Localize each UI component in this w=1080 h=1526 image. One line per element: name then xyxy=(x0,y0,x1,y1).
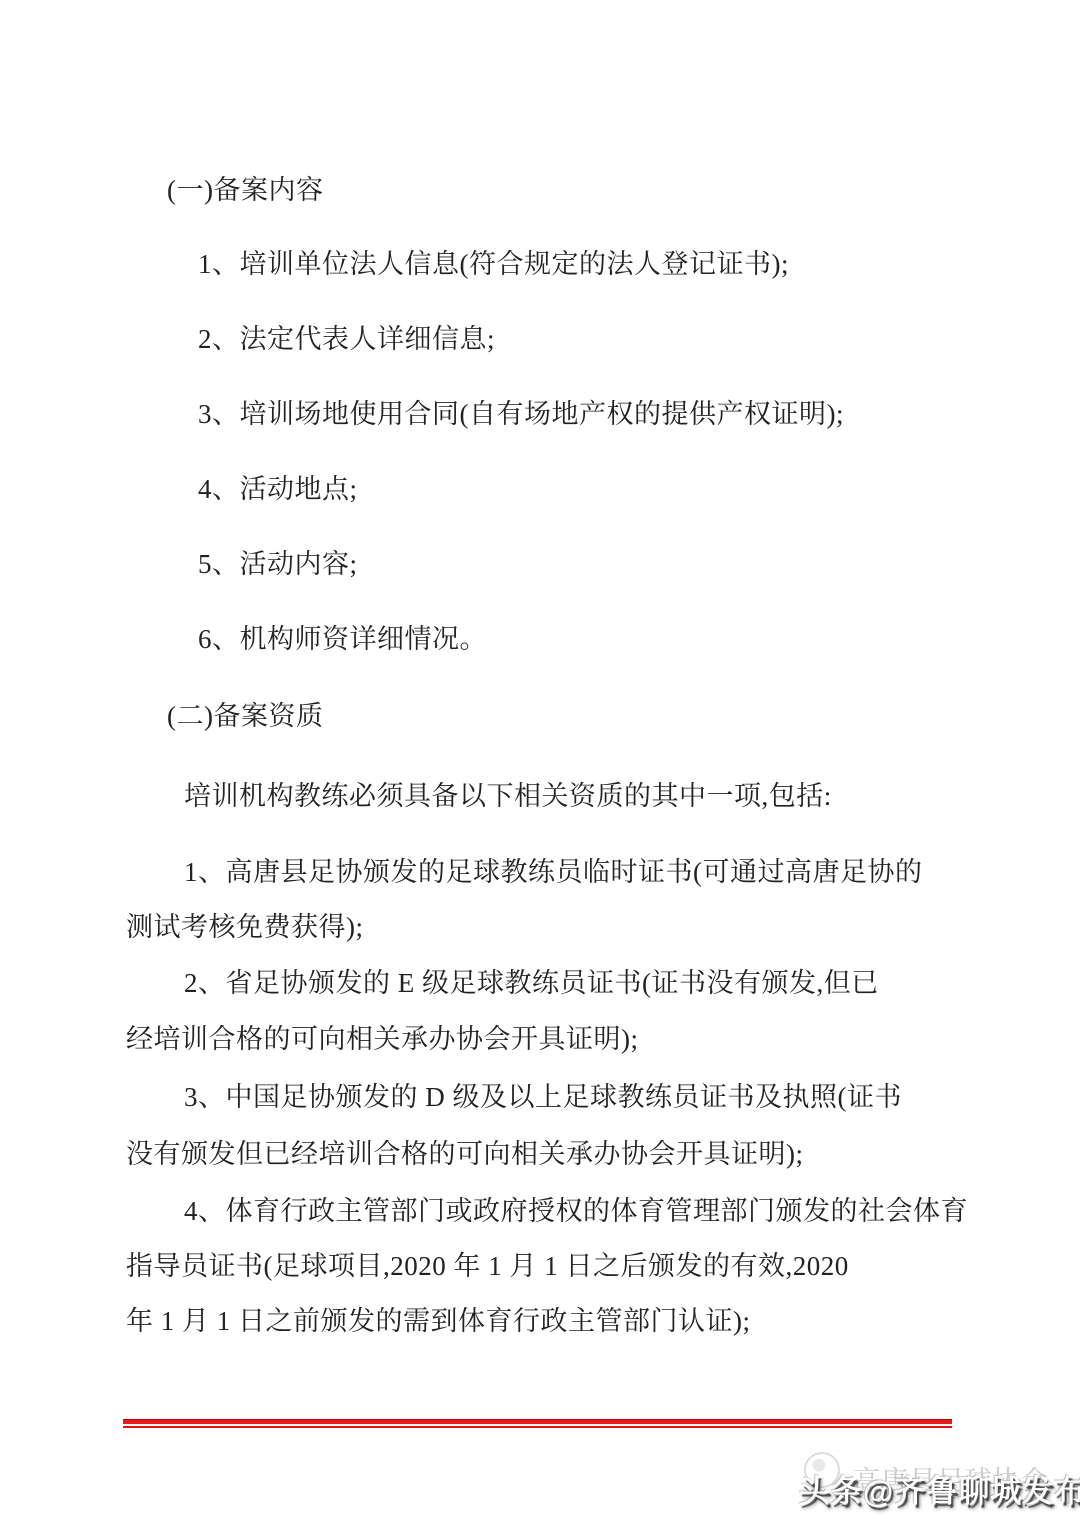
list-item: 1、培训单位法人信息(符合规定的法人登记证书); xyxy=(126,244,1028,284)
section-heading: (一)备案内容 xyxy=(126,170,997,210)
paragraph-line: 年 1 月 1 日之前颁发的需到体育行政主管部门认证); xyxy=(126,1301,956,1341)
list-item: 5、活动内容; xyxy=(126,544,1028,584)
paragraph-line: 测试考核免费获得); xyxy=(126,907,956,947)
document-page: (一)备案内容 1、培训单位法人信息(符合规定的法人登记证书); 2、法定代表人… xyxy=(0,0,1080,1526)
watermark-brand-text: 头条@齐鲁聊城发布 xyxy=(799,1466,1080,1511)
list-item: 2、法定代表人详细信息; xyxy=(126,319,1028,359)
paragraph-line: 1、高唐县足协颁发的足球教练员临时证书(可通过高唐足协的 xyxy=(126,852,1014,892)
paragraph-line: 没有颁发但已经培训合格的可向相关承办协会开具证明); xyxy=(126,1134,956,1174)
list-item: 3、培训场地使用合同(自有场地产权的提供产权证明); xyxy=(126,394,1028,434)
paragraph-line: 指导员证书(足球项目,2020 年 1 月 1 日之后颁发的有效,2020 xyxy=(126,1246,956,1286)
red-divider-line xyxy=(123,1419,952,1428)
paragraph-line: 3、中国足协颁发的 D 级及以上足球教练员证书及执照(证书 xyxy=(126,1077,1014,1117)
paragraph-line: 4、体育行政主管部门或政府授权的体育管理部门颁发的社会体育 xyxy=(126,1191,1014,1231)
paragraph-line: 经培训合格的可向相关承办协会开具证明); xyxy=(126,1019,956,1059)
paragraph-line: 2、省足协颁发的 E 级足球教练员证书(证书没有颁发,但已 xyxy=(126,963,1014,1003)
section-heading: (二)备案资质 xyxy=(126,696,997,736)
list-item: 4、活动地点; xyxy=(126,469,1028,509)
paragraph-line: 培训机构教练必须具备以下相关资质的其中一项,包括: xyxy=(126,776,1014,816)
list-item: 6、机构师资详细情况。 xyxy=(126,619,1028,659)
